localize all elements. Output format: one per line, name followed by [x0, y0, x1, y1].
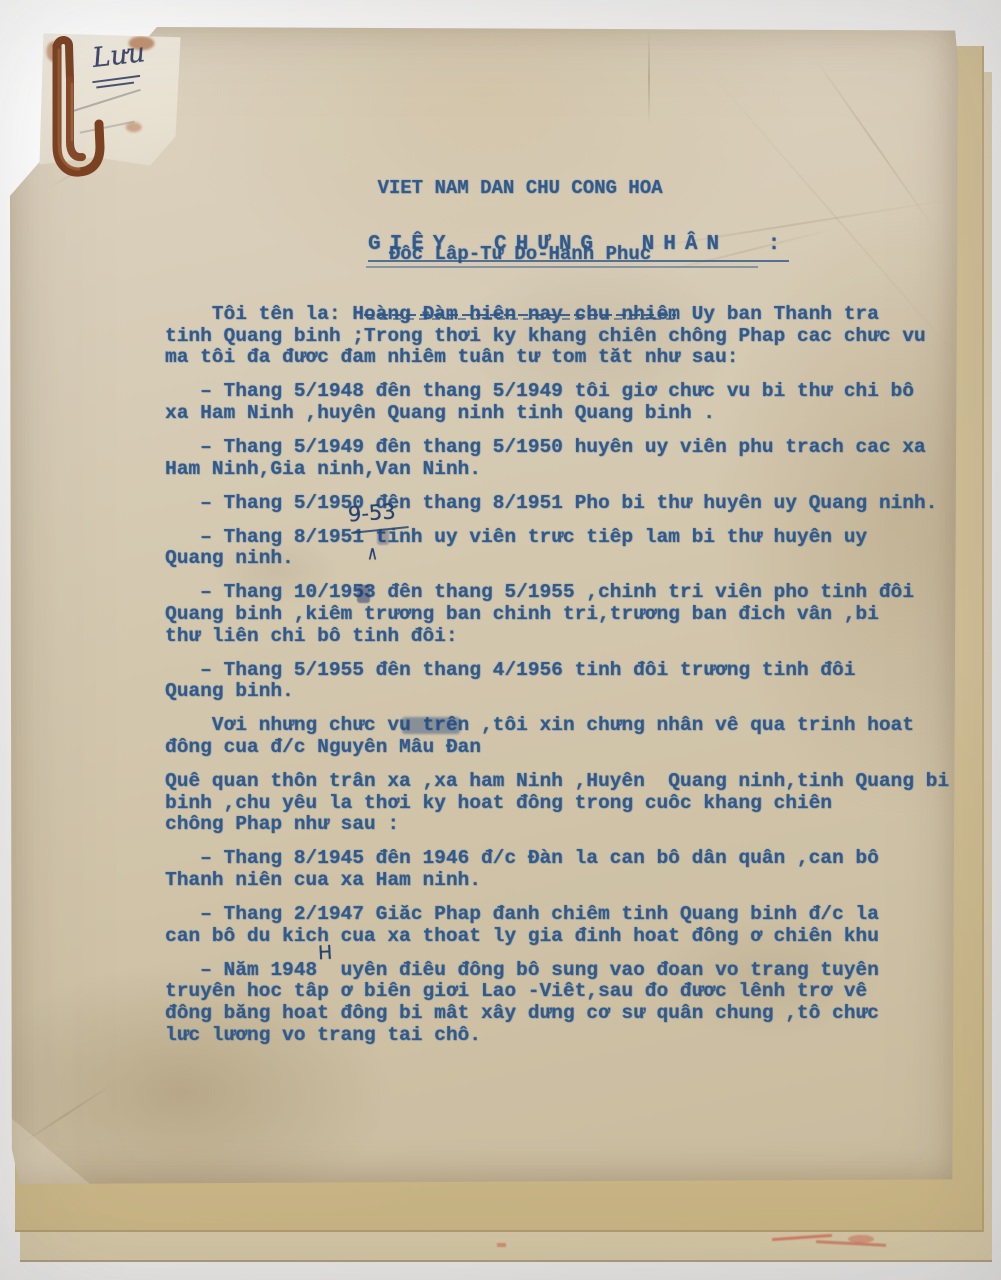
typed-line: Thanh niên cua xa Ham ninh. [165, 870, 949, 892]
typed-line: binh ,chu yêu la thơi ky hoat đông trong… [165, 793, 949, 815]
typed-line: Quang ninh. [165, 548, 949, 570]
typed-line: Quang binh. [165, 681, 949, 703]
typed-line: xa Ham Ninh ,huyên Quang ninh tinh Quang… [165, 403, 949, 425]
typed-line: – Thang 5/1949 đên thang 5/1950 huyên uy… [165, 437, 949, 459]
typed-line: – Thang 5/1948 đên thang 5/1949 tôi giơ … [165, 381, 949, 403]
paragraph: – Thang 5/1949 đên thang 5/1950 huyên uy… [165, 437, 949, 480]
paragraph: – Thang 5/1948 đên thang 5/1949 tôi giơ … [165, 381, 949, 424]
paragraph: – Thang 2/1947 Giăc Phap đanh chiêm tinh… [165, 904, 949, 947]
handwritten-letter-insertion: H [317, 942, 332, 965]
paragraph: – Năm 1948 uyên điêu đông bô sung vao đo… [165, 960, 949, 1046]
typed-line: – Thang 5/1955 đên thang 4/1956 tinh đôi… [165, 660, 949, 682]
paragraph: – Thang 5/1955 đên thang 4/1956 tinh đôi… [165, 660, 949, 703]
typed-line: Quê quan thôn trân xa ,xa ham Ninh ,Huyê… [165, 771, 949, 793]
ink-correction-smudge [357, 585, 370, 603]
paragraph: – Thang 8/1951 tinh uy viên trưc tiêp la… [165, 527, 949, 570]
typed-line: Quang binh ,kiêm trương ban chinh tri,tr… [165, 604, 949, 626]
photo-backdrop: VIET NAM DAN CHU CONG HOA Đôc Lâp-Tư Do-… [0, 0, 1001, 1280]
nation-line: VIET NAM DAN CHU CONG HOA [330, 177, 710, 199]
typed-line: – Năm 1948 uyên điêu đông bô sung vao đo… [165, 960, 949, 982]
crease-line [648, 30, 650, 125]
insertion-caret: ∧ [367, 541, 378, 564]
typed-line: – Thang 8/1951 tinh uy viên trưc tiêp la… [165, 527, 949, 549]
typed-line: can bô du kich cua xa thoat ly gia đinh … [165, 926, 949, 948]
red-ink-mark [497, 1243, 506, 1247]
title-underline-rule [366, 266, 758, 268]
corner-fold-highlight [10, 1117, 90, 1184]
page-title: GIÊY CHƯNG NHÂN : [368, 233, 789, 262]
typed-line: lưc lương vo trang tai chô. [165, 1025, 949, 1047]
paragraph: – Thang 5/1950 đên thang 8/1951 Pho bi t… [165, 493, 949, 515]
typed-line: thư liên chi bô tinh đôi: [165, 626, 949, 648]
paragraph: Quê quan thôn trân xa ,xa ham Ninh ,Huyê… [165, 771, 949, 836]
fold-crease [15, 1081, 117, 1148]
typed-line: – Thang 10/1953 đên thang 5/1955 ,chinh … [165, 582, 949, 604]
typed-line: – Thang 8/1945 đên 1946 đ/c Đàn la can b… [165, 848, 949, 870]
typed-line: ma tôi đa đươc đam nhiêm tuân tư tom tăt… [165, 347, 949, 369]
paragraph: Vơi nhưng chưc vu trên ,tôi xin chưng nh… [165, 715, 949, 758]
paragraph: – Thang 10/1953 đên thang 5/1955 ,chinh … [165, 582, 949, 647]
typed-line: Tôi tên la: Hoàng Đàm hiên nay chu nhiêm… [165, 304, 949, 326]
typed-line: Vơi nhưng chưc vu trên ,tôi xin chưng nh… [165, 715, 949, 737]
red-ink-mark [848, 1235, 874, 1243]
typed-line: đông cua đ/c Nguyên Mâu Đan [165, 737, 949, 759]
typed-line: – Thang 2/1947 Giăc Phap đanh chiêm tinh… [165, 904, 949, 926]
typed-line: truyên hoc tâp ơ biên giơi Lao -Viêt,sau… [165, 981, 949, 1003]
paragraph: Tôi tên la: Hoàng Đàm hiên nay chu nhiêm… [165, 304, 949, 369]
paperclip-icon [34, 36, 118, 182]
ink-overstrike-smudge [402, 717, 460, 734]
ink-overstrike-smudge [377, 529, 389, 545]
paragraph: – Thang 8/1945 đên 1946 đ/c Đàn la can b… [165, 848, 949, 891]
rust-stain [126, 122, 142, 132]
typed-line: chông Phap như sau : [165, 814, 949, 836]
typed-line: – Thang 5/1950 đên thang 8/1951 Pho bi t… [165, 493, 949, 515]
typed-body: Tôi tên la: Hoàng Đàm hiên nay chu nhiêm… [165, 304, 949, 1059]
typed-line: tinh Quang binh ;Trong thơi ky khang chi… [165, 326, 949, 348]
typed-line: Ham Ninh,Gia ninh,Van Ninh. [165, 459, 949, 481]
handwritten-date-insertion: 9-53 [347, 499, 396, 526]
typed-line: đông băng hoat đông bi mât xây dưng cơ s… [165, 1003, 949, 1025]
